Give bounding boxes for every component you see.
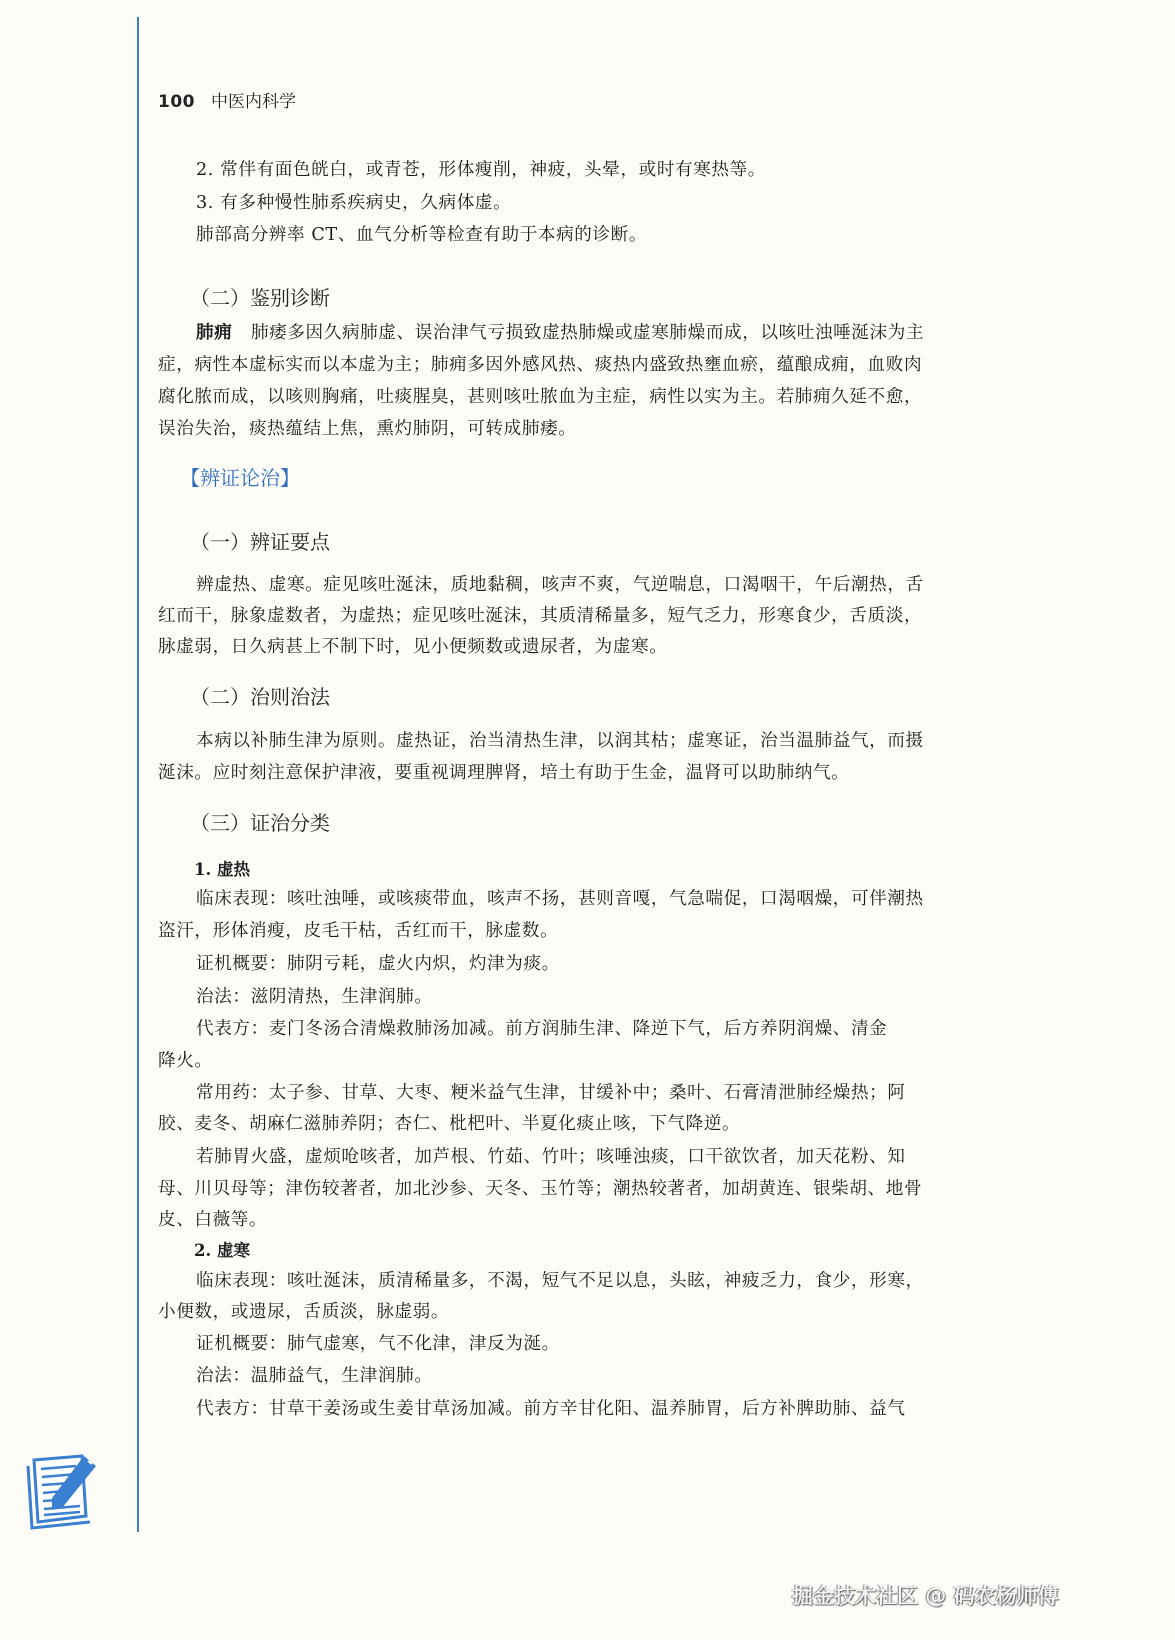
type-title: 2. 虚寒 xyxy=(194,1237,250,1261)
section-title: 【辨证论治】 xyxy=(180,462,300,491)
watermark: 掘金技术社区 @ 码农杨师傅 xyxy=(792,1580,1059,1610)
paragraph-line: 盗汗，形体消瘦，皮毛干枯，舌红而干，脉虚数。 xyxy=(158,920,558,942)
heading-classification: （三）证治分类 xyxy=(190,807,330,836)
paragraph-line: 治法：滋阴清热，生津润肺。 xyxy=(196,986,433,1008)
page-number: 100 xyxy=(158,92,195,112)
diagnosis-item: 3. 有多种慢性肺系疾病史，久病体虚。 xyxy=(196,192,511,214)
term-lung-abscess: 肺痈 xyxy=(196,322,232,343)
paragraph-line: 临床表现：咳吐涎沫，质清稀量多，不渴，短气不足以息，头眩，神疲乏力，食少，形寒， xyxy=(196,1270,924,1292)
diagnosis-item: 2. 常伴有面色㿠白，或青苍，形体瘦削，神疲，头晕，或时有寒热等。 xyxy=(196,159,766,181)
paragraph-line: 肺痈 肺痿多因久病肺虚、误治津气亏损致虚热肺燥或虚寒肺燥而成，以咳吐浊唾涎沫为主 xyxy=(196,322,924,344)
paragraph-line: 小便数，或遗尿，舌质淡，脉虚弱。 xyxy=(158,1301,449,1323)
margin-rule xyxy=(137,17,139,1532)
paragraph-line: 本病以补肺生津为原则。虚热证，治当清热生津，以润其枯；虚寒证，治当温肺益气，而摄 xyxy=(196,730,924,752)
paragraph-line: 误治失治，痰热蕴结上焦，熏灼肺阴，可转成肺痿。 xyxy=(158,418,576,440)
paragraph-line: 治法：温肺益气，生津润肺。 xyxy=(196,1365,433,1387)
paragraph-line: 代表方：麦门冬汤合清燥救肺汤加减。前方润肺生津、降逆下气，后方养阴润燥、清金 xyxy=(196,1018,887,1040)
paragraph-line: 胶、麦冬、胡麻仁滋肺养阴；杏仁、枇杷叶、半夏化痰止咳，下气降逆。 xyxy=(158,1113,740,1135)
running-header: 100中医内科学 xyxy=(158,87,296,112)
paragraph-line: 代表方：甘草干姜汤或生姜甘草汤加减。前方辛甘化阳、温养肺胃，后方补脾助肺、益气 xyxy=(196,1398,906,1420)
paragraph-line: 涎沫。应时刻注意保护津液，要重视调理脾肾，培土有助于生金，温肾可以助肺纳气。 xyxy=(158,762,849,784)
paragraph-line: 证机概要：肺气虚寒，气不化津，津反为涎。 xyxy=(196,1333,560,1355)
paragraph-line: 证机概要：肺阴亏耗，虚火内炽，灼津为痰。 xyxy=(196,953,560,975)
paragraph-line: 辨虚热、虚寒。症见咳吐涎沫，质地黏稠，咳声不爽，气逆喘息，口渴咽干，午后潮热，舌 xyxy=(196,574,924,596)
note-pencil-icon xyxy=(24,1452,104,1534)
heading-key-points: （一）辨证要点 xyxy=(190,526,330,555)
paragraph-line: 脉虚弱，日久病甚上不制下时，见小便频数或遗尿者，为虚寒。 xyxy=(158,636,667,658)
paragraph-line: 腐化脓而成，以咳则胸痛，吐痰腥臭，甚则咳吐脓血为主症，病性以实为主。若肺痈久延不… xyxy=(158,386,922,408)
heading-differential: （二）鉴别诊断 xyxy=(190,282,330,311)
paragraph-line: 红而干，脉象虚数者，为虚热；症见咳吐涎沫，其质清稀量多，短气乏力，形寒食少，舌质… xyxy=(158,605,922,627)
paragraph-line: 临床表现：咳吐浊唾，或咳痰带血，咳声不扬，甚则音嘎，气急喘促，口渴咽燥，可伴潮热 xyxy=(196,888,924,910)
type-title: 1. 虚热 xyxy=(194,856,250,880)
paragraph-line: 症，病性本虚标实而以本虚为主；肺痈多因外感风热、痰热内盛致热壅血瘀，蕴酿成痈，血… xyxy=(158,354,922,376)
paragraph-line: 皮、白薇等。 xyxy=(158,1209,267,1231)
heading-principles: （二）治则治法 xyxy=(190,681,330,710)
paragraph-line: 母、川贝母等；津伤较著者，加北沙参、天冬、玉竹等；潮热较著者，加胡黄连、银柴胡、… xyxy=(158,1178,922,1200)
diagnosis-item: 肺部高分辨率 CT、血气分析等检查有助于本病的诊断。 xyxy=(196,224,647,246)
paragraph-line: 常用药：太子参、甘草、大枣、粳米益气生津，甘缓补中；桑叶、石膏清泄肺经燥热；阿 xyxy=(196,1082,906,1104)
paragraph-line: 降火。 xyxy=(158,1050,213,1072)
paragraph-line: 若肺胃火盛，虚烦呛咳者，加芦根、竹茹、竹叶；咳唾浊痰，口干欲饮者，加天花粉、知 xyxy=(196,1146,906,1168)
book-title: 中医内科学 xyxy=(211,92,296,112)
